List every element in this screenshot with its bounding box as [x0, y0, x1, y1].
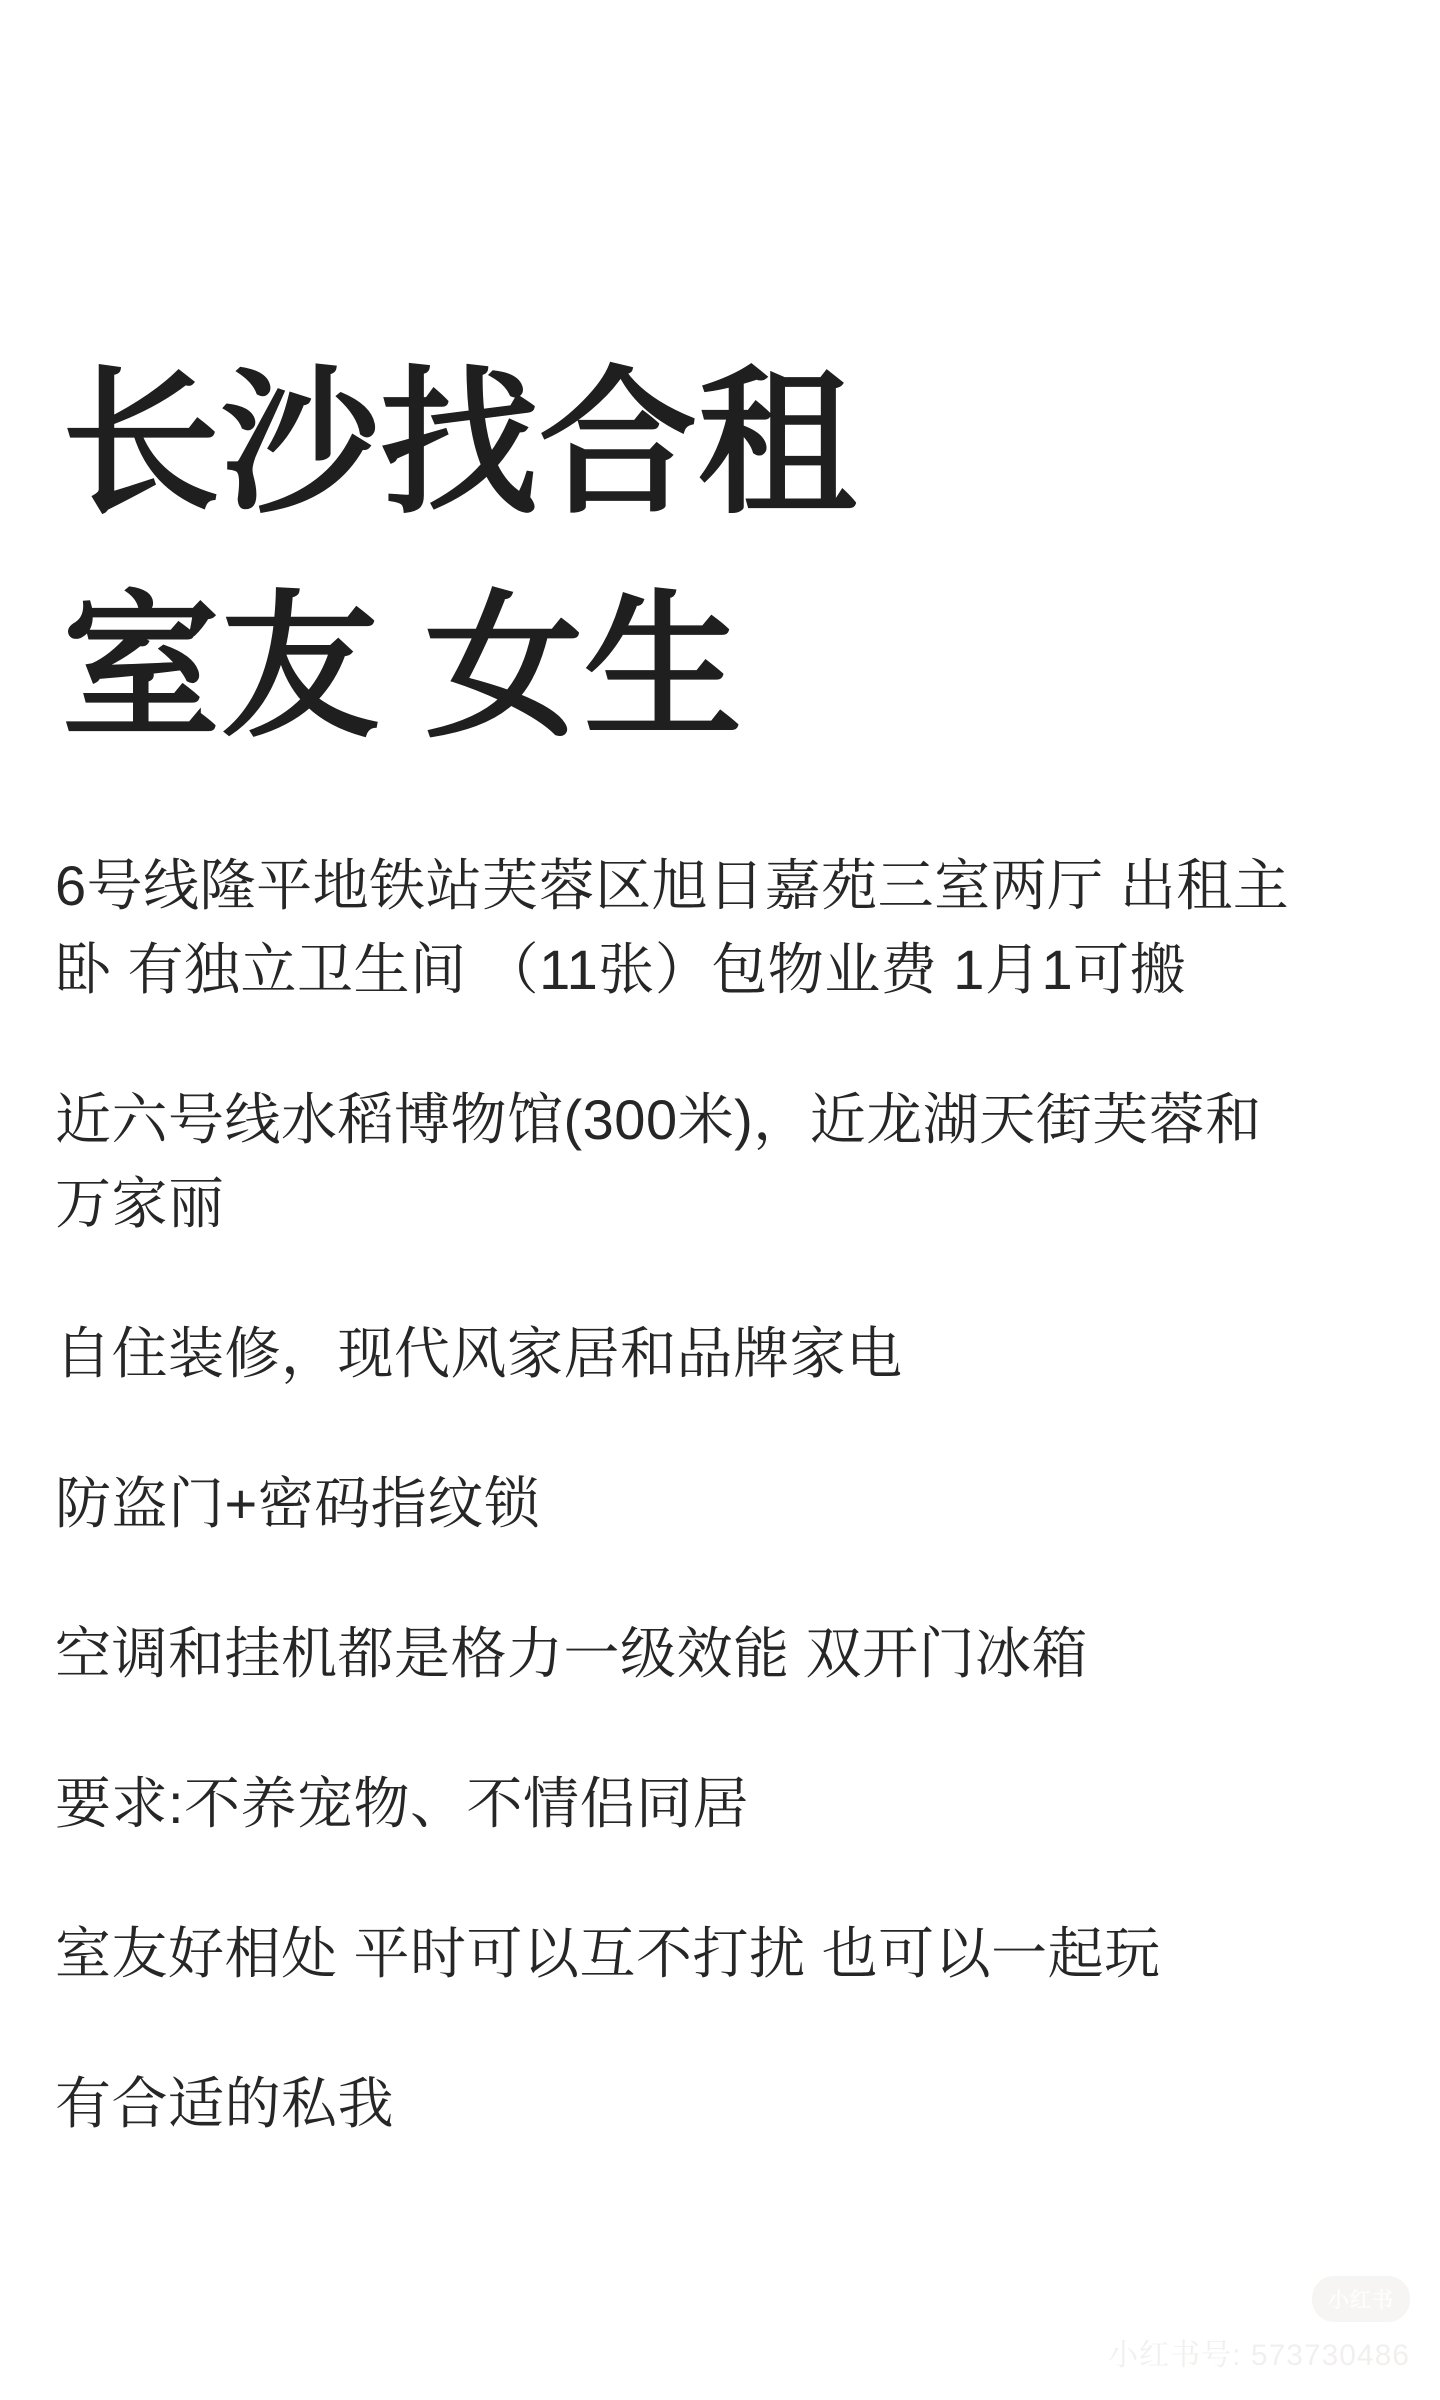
xiaohongshu-logo-badge: 小红书 [1312, 2276, 1410, 2322]
paragraph-location-transit: 近六号线水稻博物馆(300米)，近龙湖天街芙蓉和 万家丽 [55, 1078, 1388, 1246]
paragraph-appliances: 空调和挂机都是格力一级效能 双开门冰箱 [55, 1612, 1388, 1696]
post-title-line-2: 室友 女生 [62, 556, 1400, 780]
xiaohongshu-id-text: 小红书号: 573730486 [1108, 2330, 1410, 2374]
watermark: 小红书 小红书号: 573730486 [1108, 2276, 1410, 2374]
post-body: 6号线隆平地铁站芙蓉区旭日嘉苑三室两厅 出租主 卧 有独立卫生间 （11张）包物… [0, 780, 1440, 2146]
paragraph-door-lock: 防盗门+密码指纹锁 [55, 1462, 1388, 1546]
post-title-line-1: 长沙找合租 [62, 332, 1400, 556]
xiaohongshu-logo-text: 小红书 [1328, 2289, 1394, 2312]
paragraph-roommate-vibe: 室友好相处 平时可以互不打扰 也可以一起玩 [55, 1912, 1388, 1996]
paragraph-listing-summary: 6号线隆平地铁站芙蓉区旭日嘉苑三室两厅 出租主 卧 有独立卫生间 （11张）包物… [55, 844, 1388, 1012]
post-title: 长沙找合租 室友 女生 [0, 0, 1440, 780]
paragraph-requirements: 要求:不养宠物、不情侣同居 [55, 1762, 1388, 1846]
paragraph-decoration: 自住装修，现代风家居和品牌家电 [55, 1312, 1388, 1396]
paragraph-contact: 有合适的私我 [55, 2062, 1388, 2146]
post-image-page: 长沙找合租 室友 女生 6号线隆平地铁站芙蓉区旭日嘉苑三室两厅 出租主 卧 有独… [0, 0, 1440, 2400]
